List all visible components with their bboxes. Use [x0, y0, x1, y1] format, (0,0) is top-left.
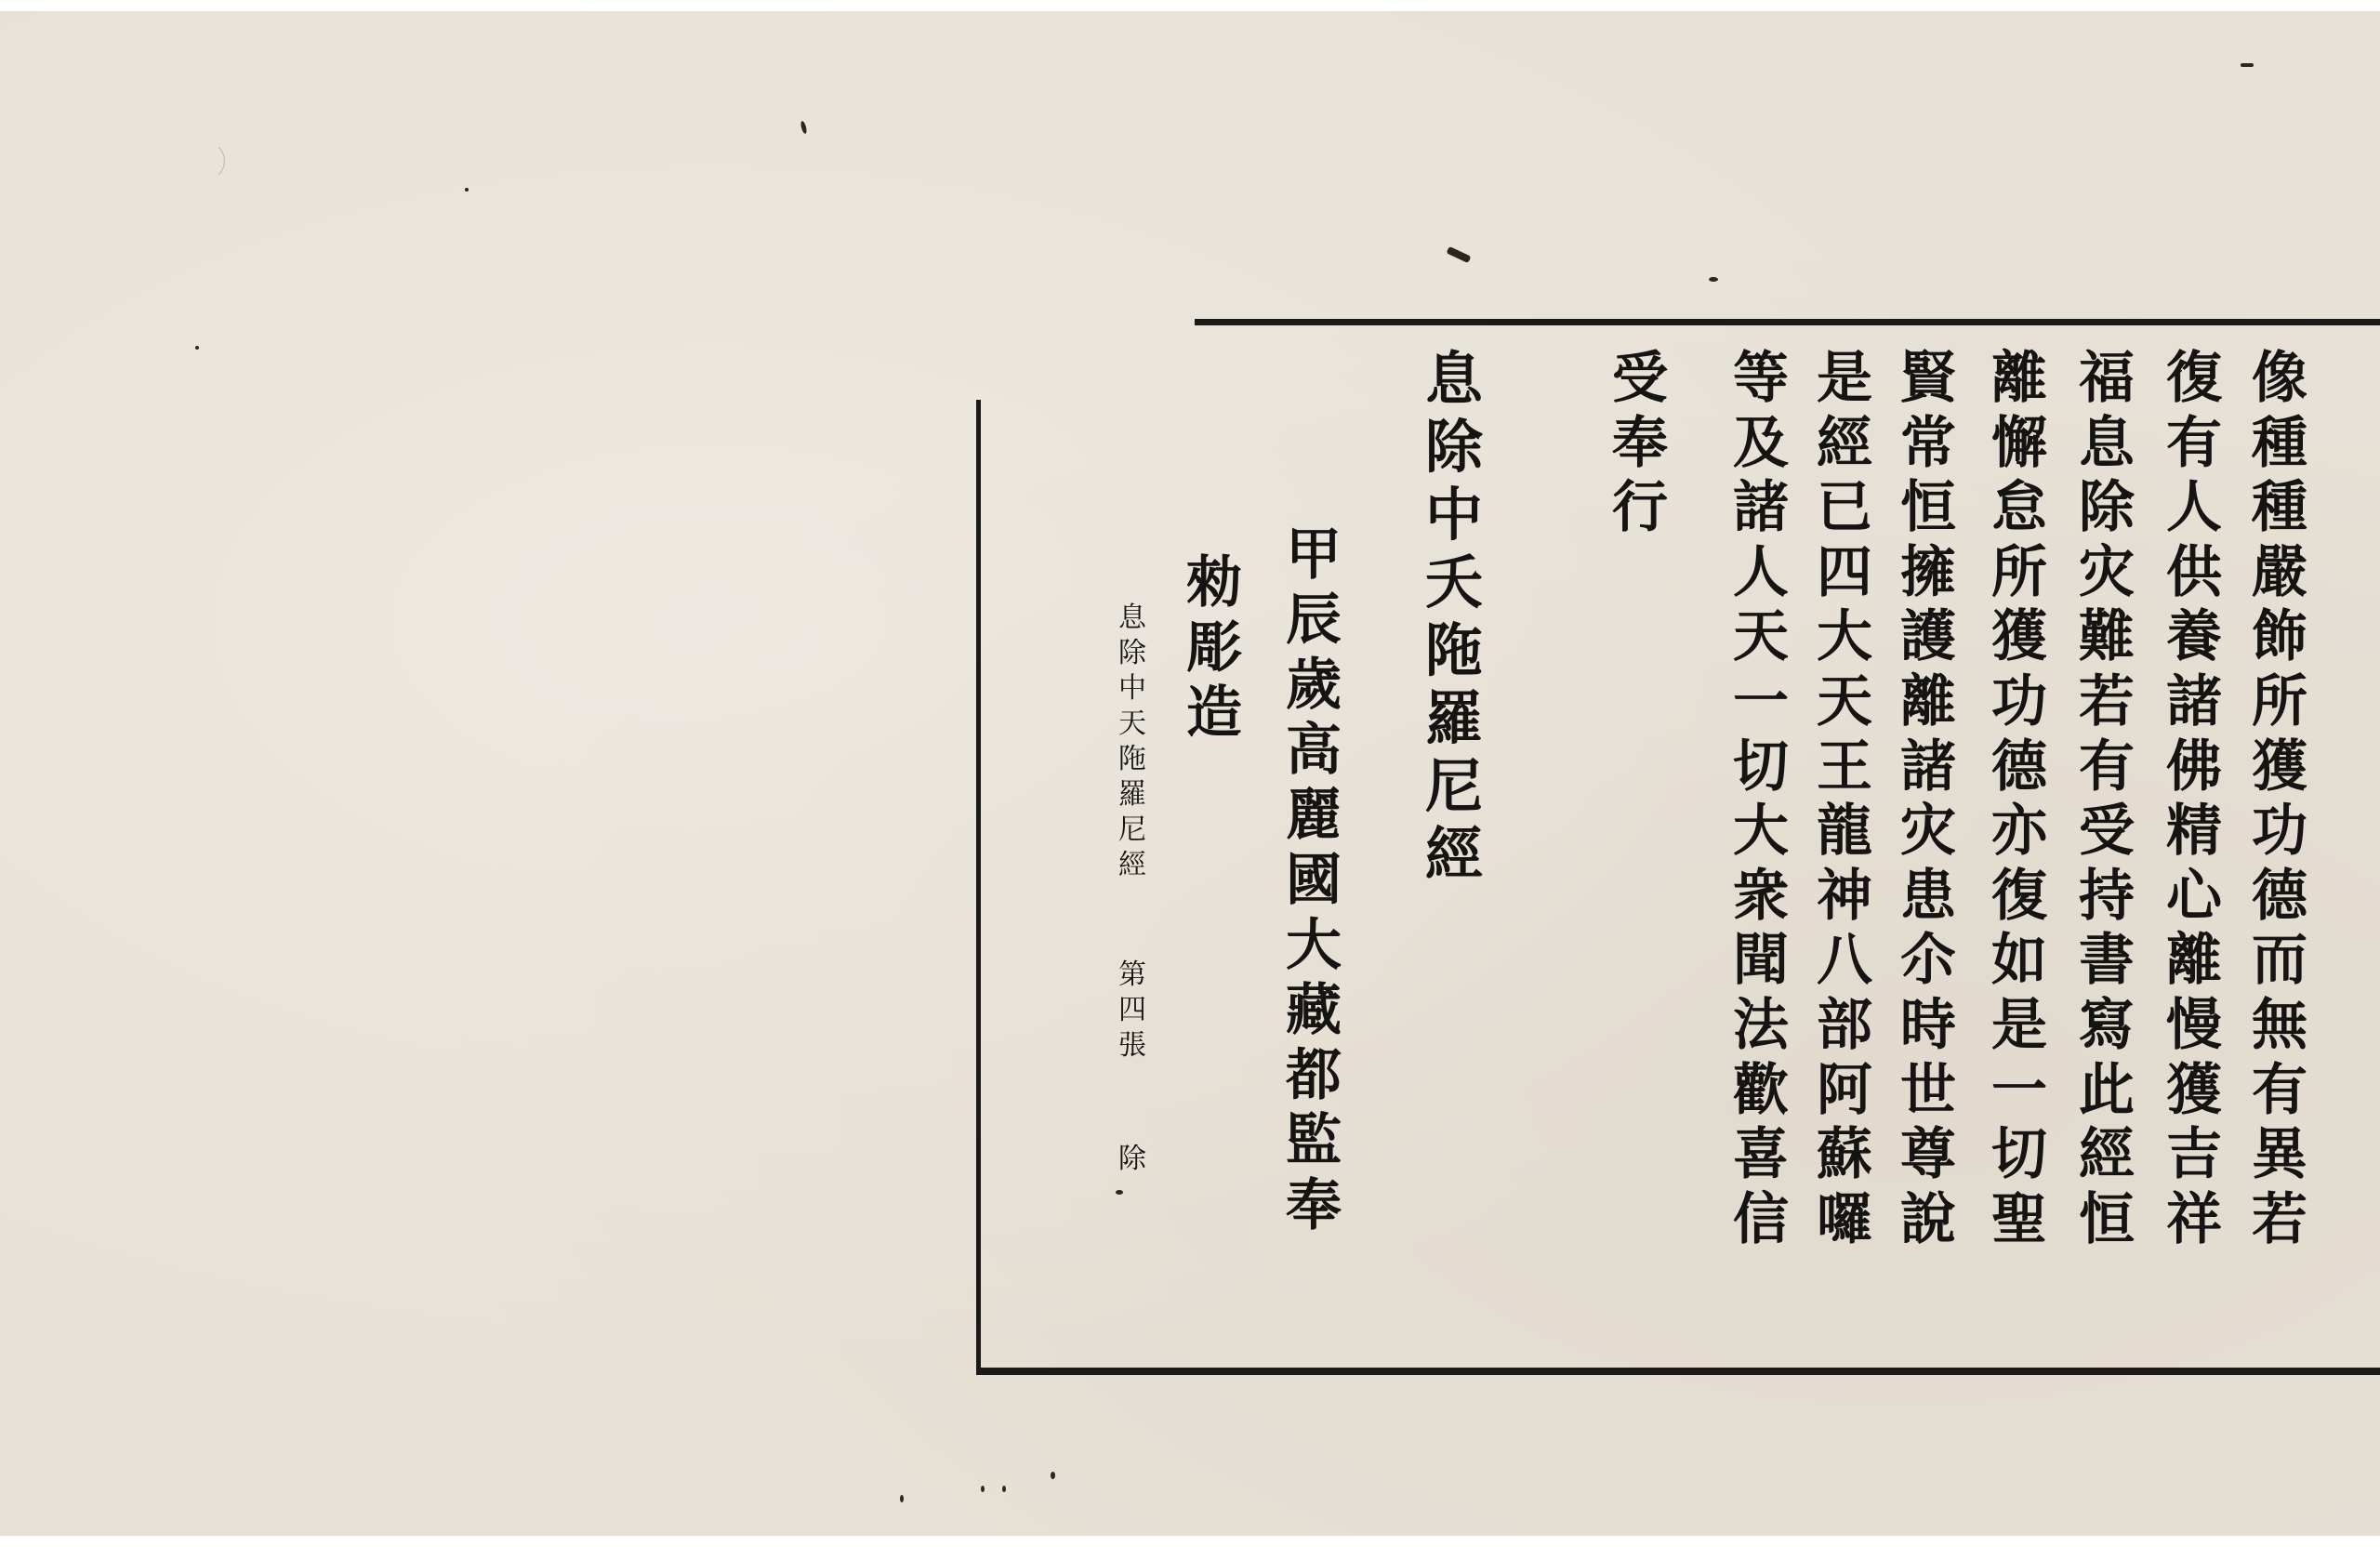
- glyph: 所: [2252, 674, 2307, 739]
- glyph: 而: [2252, 932, 2307, 998]
- glyph: 四: [1817, 545, 1872, 610]
- glyph: 喜: [1733, 1127, 1789, 1192]
- glyph: 人: [1733, 545, 1789, 610]
- glyph: 高: [1286, 722, 1342, 787]
- glyph: 無: [2252, 998, 2307, 1063]
- glyph: 張: [1118, 1032, 1146, 1067]
- glyph: 勑: [1186, 555, 1242, 620]
- glyph: 受: [1612, 350, 1668, 416]
- glyph: 中: [1118, 675, 1146, 710]
- glyph: 除: [1425, 418, 1483, 486]
- glyph: 國: [1286, 853, 1342, 918]
- glyph: 常: [1900, 416, 1956, 481]
- glyph: 除: [1118, 640, 1146, 675]
- glyph: 像: [2252, 350, 2307, 416]
- glyph: 尼: [1118, 816, 1146, 852]
- glyph: 離: [2166, 932, 2222, 998]
- glyph: 甲: [1286, 527, 1342, 592]
- ink-mark: [2241, 63, 2254, 67]
- glyph: 龍: [1817, 803, 1872, 868]
- glyph: 大: [1817, 609, 1872, 674]
- glyph: 法: [1733, 998, 1789, 1063]
- glyph: 此: [2079, 1063, 2135, 1128]
- ink-mark: [1709, 277, 1718, 282]
- glyph: 功: [1991, 674, 2047, 739]
- glyph: 德: [1991, 739, 2047, 804]
- text-column-2: 復有人供養諸佛精心離慢獲吉祥: [2164, 350, 2224, 1256]
- text-column-3: 福息除灾難若有受持書寫此經恒: [2077, 350, 2136, 1256]
- glyph: 亦: [1991, 803, 2047, 868]
- paper-sheet: 像種種嚴飾所獲功德而無有異若 復有人供養諸佛精心離慢獲吉祥 福息除灾難若有受持書…: [0, 11, 2380, 1536]
- glyph: 神: [1817, 868, 1872, 933]
- glyph: 諸: [1733, 480, 1789, 545]
- glyph: 吉: [2166, 1127, 2222, 1192]
- glyph: 怠: [1991, 480, 2047, 545]
- margin-label-mark: 除: [1117, 1145, 1148, 1181]
- glyph: 獲: [2166, 1063, 2222, 1128]
- glyph: 奉: [1612, 416, 1668, 481]
- text-column-8: 受奉行: [1610, 350, 1670, 545]
- glyph: 嚴: [2252, 545, 2307, 610]
- frame-top-border: [1195, 319, 2380, 325]
- glyph: 經: [1817, 416, 1872, 481]
- glyph: 羅: [1118, 781, 1146, 816]
- glyph: 羅: [1425, 690, 1483, 758]
- glyph: 部: [1817, 998, 1872, 1063]
- glyph: 歡: [1733, 1063, 1789, 1128]
- ink-mark: [1447, 246, 1472, 263]
- glyph: 賢: [1900, 350, 1956, 416]
- glyph: 大: [1286, 918, 1342, 983]
- glyph: 懈: [1991, 416, 2047, 481]
- colophon-line-2: 勑彫造: [1184, 555, 1244, 750]
- glyph: 護: [1900, 609, 1956, 674]
- glyph: 行: [1612, 480, 1668, 545]
- glyph: 聖: [1991, 1192, 2047, 1257]
- frame-left-border: [976, 400, 981, 1372]
- glyph: 如: [1991, 932, 2047, 998]
- margin-label-title: 息除中天陁羅尼經: [1117, 604, 1148, 887]
- frame-bottom-border: [976, 1368, 2380, 1375]
- glyph: 離: [1900, 674, 1956, 739]
- glyph: 尼: [1425, 758, 1483, 826]
- glyph: 囉: [1817, 1192, 1872, 1257]
- glyph: 祥: [2166, 1192, 2222, 1257]
- glyph: 辰: [1286, 592, 1342, 657]
- glyph: 諸: [1900, 739, 1956, 804]
- glyph: 夭: [1425, 554, 1483, 622]
- ink-mark: [1051, 1472, 1055, 1479]
- glyph: 是: [1817, 350, 1872, 416]
- glyph: 蘇: [1817, 1127, 1872, 1192]
- glyph: 養: [2166, 609, 2222, 674]
- ink-mark: [465, 188, 469, 192]
- text-column-7: 等及諸人天一切大衆聞法歡喜信: [1731, 350, 1791, 1256]
- closing-sutra-title: 息除中夭陁羅尼經: [1423, 350, 1485, 893]
- glyph: 離: [1991, 350, 2047, 416]
- glyph: 時: [1900, 998, 1956, 1063]
- glyph: 有: [2252, 1063, 2307, 1128]
- margin-label-page: 第四張: [1117, 961, 1148, 1067]
- glyph: 佛: [2166, 739, 2222, 804]
- glyph: 所: [1991, 545, 2047, 610]
- glyph: 復: [1991, 868, 2047, 933]
- glyph: 人: [2166, 480, 2222, 545]
- glyph: 灾: [1900, 803, 1956, 868]
- glyph: 異: [2252, 1127, 2307, 1192]
- glyph: 八: [1817, 932, 1872, 998]
- glyph: 衆: [1733, 868, 1789, 933]
- glyph: 飾: [2252, 609, 2307, 674]
- glyph: 恒: [1900, 480, 1956, 545]
- glyph: 世: [1900, 1063, 1956, 1128]
- glyph: 陁: [1425, 622, 1483, 690]
- text-column-1: 像種種嚴飾所獲功德而無有異若: [2250, 350, 2309, 1256]
- glyph: 天: [1817, 674, 1872, 739]
- glyph: 經: [1425, 826, 1483, 893]
- glyph: 一: [1733, 674, 1789, 739]
- ink-mark: [981, 1486, 985, 1492]
- glyph: 造: [1186, 685, 1242, 750]
- paper-fiber: [186, 141, 225, 180]
- glyph: 復: [2166, 350, 2222, 416]
- glyph: 受: [2079, 803, 2135, 868]
- glyph: 彫: [1186, 620, 1242, 685]
- glyph: 麗: [1286, 787, 1342, 853]
- glyph: 德: [2252, 868, 2307, 933]
- glyph: 獲: [2252, 739, 2307, 804]
- glyph: 第: [1118, 961, 1146, 997]
- text-column-5: 賢常恒擁護離諸灾患尒時世尊說: [1898, 350, 1958, 1256]
- glyph: 息: [1118, 604, 1146, 640]
- ink-mark: [195, 346, 199, 350]
- glyph: 切: [1733, 739, 1789, 804]
- glyph: 中: [1425, 486, 1483, 554]
- glyph: 已: [1817, 480, 1872, 545]
- colophon-line-1: 甲辰歲高麗國大藏都監奉: [1284, 527, 1343, 1243]
- glyph: 尊: [1900, 1127, 1956, 1192]
- glyph: 書: [2079, 932, 2135, 998]
- glyph: 息: [1425, 350, 1483, 418]
- glyph: 種: [2252, 480, 2307, 545]
- glyph: 阿: [1817, 1063, 1872, 1128]
- glyph: 說: [1900, 1192, 1956, 1257]
- glyph: 陁: [1118, 746, 1146, 781]
- glyph: 信: [1733, 1192, 1789, 1257]
- glyph: 灾: [2079, 545, 2135, 610]
- glyph: 監: [1286, 1113, 1342, 1178]
- glyph: 除: [1118, 1145, 1146, 1181]
- glyph: 供: [2166, 545, 2222, 610]
- glyph: 恒: [2079, 1192, 2135, 1257]
- glyph: 患: [1900, 868, 1956, 933]
- glyph: 經: [2079, 1127, 2135, 1192]
- glyph: 經: [1118, 852, 1146, 887]
- glyph: 心: [2166, 868, 2222, 933]
- glyph: 奉: [1286, 1178, 1342, 1243]
- ink-mark: [900, 1495, 904, 1502]
- glyph: 及: [1733, 416, 1789, 481]
- glyph: 王: [1817, 739, 1872, 804]
- glyph: 若: [2079, 674, 2135, 739]
- glyph: 精: [2166, 803, 2222, 868]
- glyph: 有: [2166, 416, 2222, 481]
- glyph: 功: [2252, 803, 2307, 868]
- glyph: 種: [2252, 416, 2307, 481]
- glyph: 除: [2079, 480, 2135, 545]
- glyph: 藏: [1286, 983, 1342, 1048]
- glyph: 尒: [1900, 932, 1956, 998]
- glyph: 四: [1118, 997, 1146, 1032]
- glyph: 擁: [1900, 545, 1956, 610]
- ink-mark: [1002, 1486, 1006, 1492]
- glyph: 一: [1991, 1063, 2047, 1128]
- glyph: 諸: [2166, 674, 2222, 739]
- glyph: 都: [1286, 1048, 1342, 1113]
- text-column-6: 是經已四大天王龍神八部阿蘇囉: [1815, 350, 1874, 1256]
- glyph: 天: [1118, 710, 1146, 746]
- glyph: 若: [2252, 1192, 2307, 1257]
- glyph: 歲: [1286, 657, 1342, 722]
- ink-mark: [800, 121, 807, 135]
- glyph: 聞: [1733, 932, 1789, 998]
- glyph: 大: [1733, 803, 1789, 868]
- glyph: 息: [2079, 416, 2135, 481]
- glyph: 天: [1733, 609, 1789, 674]
- glyph: 切: [1991, 1127, 2047, 1192]
- glyph: 等: [1733, 350, 1789, 416]
- glyph: 有: [2079, 739, 2135, 804]
- ink-mark: [1116, 1190, 1123, 1195]
- glyph: 難: [2079, 609, 2135, 674]
- glyph: 慢: [2166, 998, 2222, 1063]
- text-column-4: 離懈怠所獲功德亦復如是一切聖: [1990, 350, 2049, 1256]
- glyph: 持: [2079, 868, 2135, 933]
- glyph: 是: [1991, 998, 2047, 1063]
- glyph: 獲: [1991, 609, 2047, 674]
- glyph: 福: [2079, 350, 2135, 416]
- glyph: 寫: [2079, 998, 2135, 1063]
